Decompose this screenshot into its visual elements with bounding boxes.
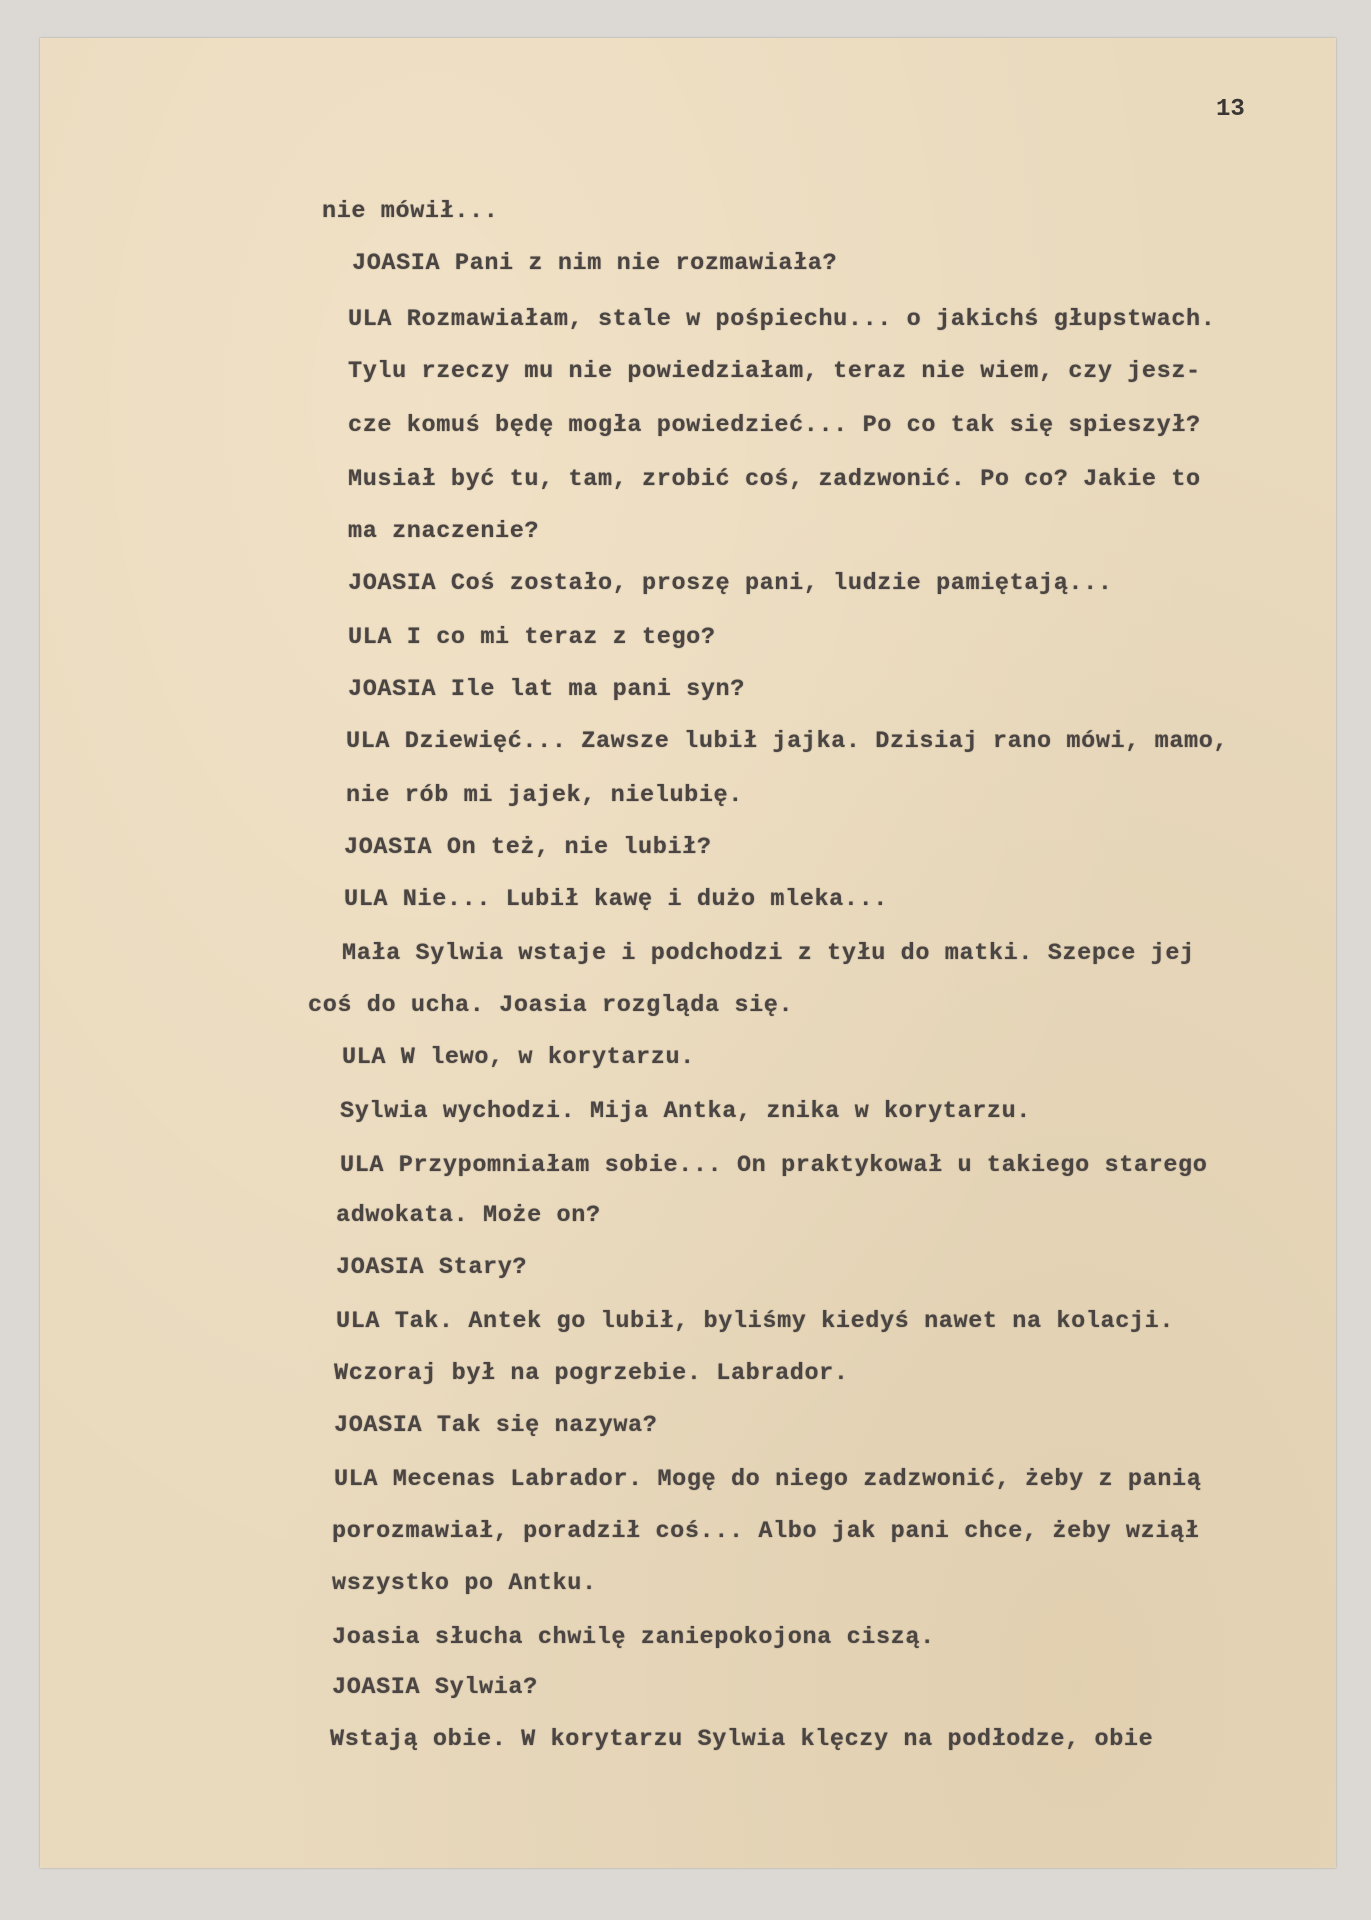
text-line: JOASIA Coś zostało, proszę pani, ludzie … xyxy=(348,570,1113,597)
text-line: JOASIA Tak się nazywa? xyxy=(334,1412,657,1439)
text-line: Joasia słucha chwilę zaniepokojona ciszą… xyxy=(332,1624,935,1651)
text-line: JOASIA Pani z nim nie rozmawiała? xyxy=(352,250,837,277)
text-line: ULA Dziewięć... Zawsze lubił jajka. Dzis… xyxy=(346,728,1228,755)
text-line: ULA Rozmawiałam, stale w pośpiechu... o … xyxy=(348,306,1215,333)
text-line: ULA Tak. Antek go lubił, byliśmy kiedyś … xyxy=(336,1308,1174,1335)
text-line: adwokata. Może on? xyxy=(336,1202,601,1229)
text-line: Wczoraj był na pogrzebie. Labrador. xyxy=(334,1360,849,1387)
text-line: ULA Nie... Lubił kawę i dużo mleka... xyxy=(344,886,888,913)
text-line: Mała Sylwia wstaje i podchodzi z tyłu do… xyxy=(342,940,1195,967)
text-line: nie mówił... xyxy=(322,198,498,225)
text-line: Tylu rzeczy mu nie powiedziałam, teraz n… xyxy=(348,358,1201,385)
text-line: ULA Mecenas Labrador. Mogę do niego zadz… xyxy=(334,1466,1201,1493)
text-line: cze komuś będę mogła powiedzieć... Po co… xyxy=(348,412,1201,439)
text-line: wszystko po Antku. xyxy=(332,1570,597,1597)
text-line: Wstają obie. W korytarzu Sylwia klęczy n… xyxy=(330,1726,1153,1753)
text-line: ULA Przypomniałam sobie... On praktykowa… xyxy=(340,1152,1207,1179)
text-line: JOASIA On też, nie lubił? xyxy=(344,834,712,861)
text-line: JOASIA Stary? xyxy=(336,1254,527,1281)
text-line: coś do ucha. Joasia rozgląda się. xyxy=(308,992,793,1019)
text-line: ULA W lewo, w korytarzu. xyxy=(342,1044,695,1071)
text-line: ULA I co mi teraz z tego? xyxy=(348,624,716,651)
text-line: Musiał być tu, tam, zrobić coś, zadzwoni… xyxy=(348,466,1201,493)
text-line: JOASIA Sylwia? xyxy=(332,1674,538,1701)
text-line: nie rób mi jajek, nielubię. xyxy=(346,782,743,809)
text-line: porozmawiał, poradził coś... Albo jak pa… xyxy=(332,1518,1199,1545)
text-line: JOASIA Ile lat ma pani syn? xyxy=(348,676,745,703)
text-line: ma znaczenie? xyxy=(348,518,539,545)
text-line: Sylwia wychodzi. Mija Antka, znika w kor… xyxy=(340,1098,1031,1125)
page-number: 13 xyxy=(1216,96,1245,123)
